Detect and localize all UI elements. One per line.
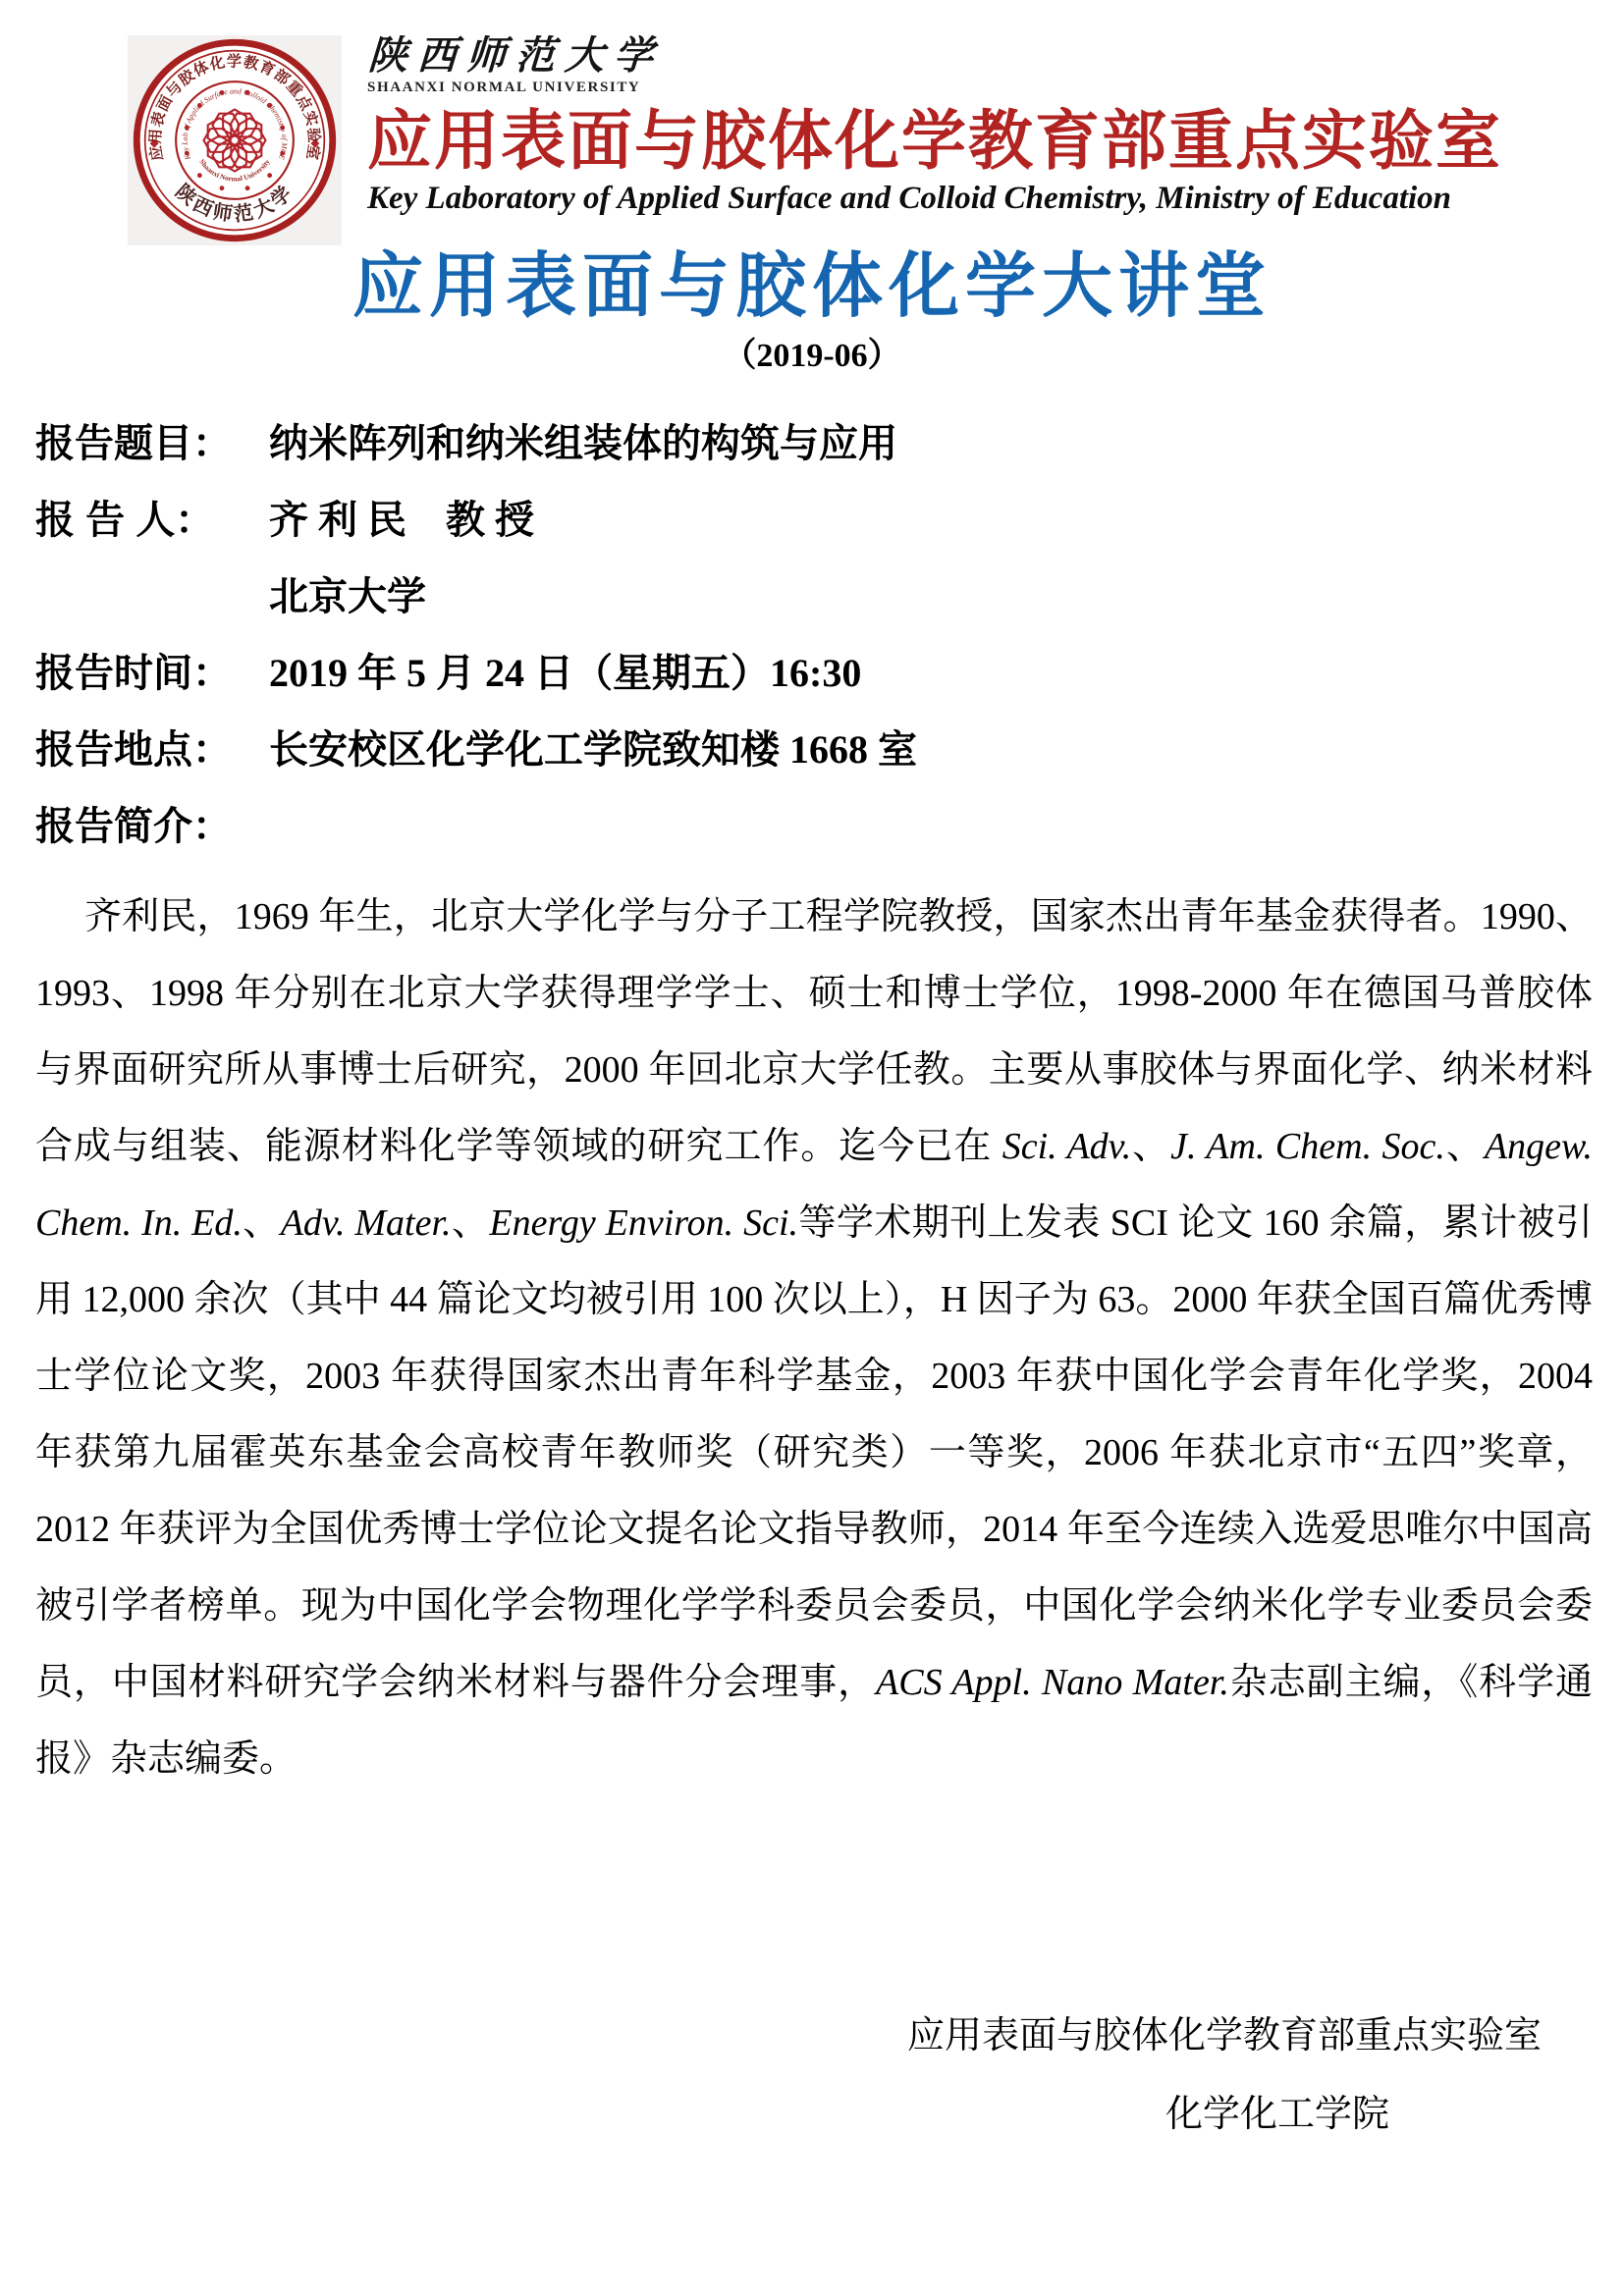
footer-lab-name: 应用表面与胶体化学教育部重点实验室 (907, 2014, 1542, 2059)
header: 应用表面与胶体化学教育部重点实验室 Key Lab of Applied Sur… (0, 0, 1624, 245)
info-row-time: 报告时间： 2019 年 5 月 24 日（星期五）16:30 (35, 649, 1589, 725)
seminar-time-value: 2019 年 5 月 24 日（星期五）16:30 (269, 649, 861, 698)
info-row-location: 报告地点： 长安校区化学化工学院致知楼 1668 室 (35, 725, 1589, 802)
page-title: 应用表面与胶体化学大讲堂 (0, 247, 1624, 327)
lab-name-en: Key Laboratory of Applied Surface and Co… (367, 181, 1585, 217)
university-name-cn: 陕西师范大学 (367, 35, 1587, 77)
seminar-info: 报告题目： 纳米阵列和纳米组装体的构筑与应用 报 告 人： 齐 利 民 教 授 … (35, 419, 1589, 879)
info-row-affiliation: 北京大学 (35, 572, 1589, 649)
info-label: 报告时间： (35, 649, 269, 698)
issue-number: （2019-06） (0, 337, 1624, 377)
info-label: 报告地点： (35, 725, 269, 774)
info-row-intro: 报告简介： (35, 802, 1589, 879)
university-seal-icon: 应用表面与胶体化学教育部重点实验室 Key Lab of Applied Sur… (128, 35, 342, 245)
university-name-en: SHAANXI NORMAL UNIVERSITY (367, 80, 1585, 96)
speaker-name-value: 齐 利 民 教 授 (269, 496, 534, 545)
info-label: 报告题目： (35, 419, 269, 468)
document-page: 应用表面与胶体化学教育部重点实验室 Key Lab of Applied Sur… (0, 0, 1624, 2296)
seal-svg: 应用表面与胶体化学教育部重点实验室 Key Lab of Applied Sur… (132, 37, 338, 243)
seminar-title-value: 纳米阵列和纳米组装体的构筑与应用 (269, 419, 897, 468)
footer-school-name: 化学化工学院 (1165, 2093, 1389, 2138)
speaker-affiliation-value: 北京大学 (269, 572, 426, 621)
info-row-title: 报告题目： 纳米阵列和纳米组装体的构筑与应用 (35, 419, 1589, 496)
info-row-speaker: 报 告 人： 齐 利 民 教 授 (35, 496, 1589, 572)
seminar-location-value: 长安校区化学化工学院致知楼 1668 室 (269, 725, 917, 774)
info-label: 报告简介： (35, 802, 269, 851)
header-text-block: 陕西师范大学 SHAANXI NORMAL UNIVERSITY 应用表面与胶体… (342, 35, 1585, 217)
speaker-biography: 齐利民，1969 年生，北京大学化学与分子工程学院教授，国家杰出青年基金获得者。… (35, 879, 1593, 1797)
lab-name-cn: 应用表面与胶体化学教育部重点实验室 (367, 104, 1585, 178)
info-label: 报 告 人： (35, 496, 269, 545)
